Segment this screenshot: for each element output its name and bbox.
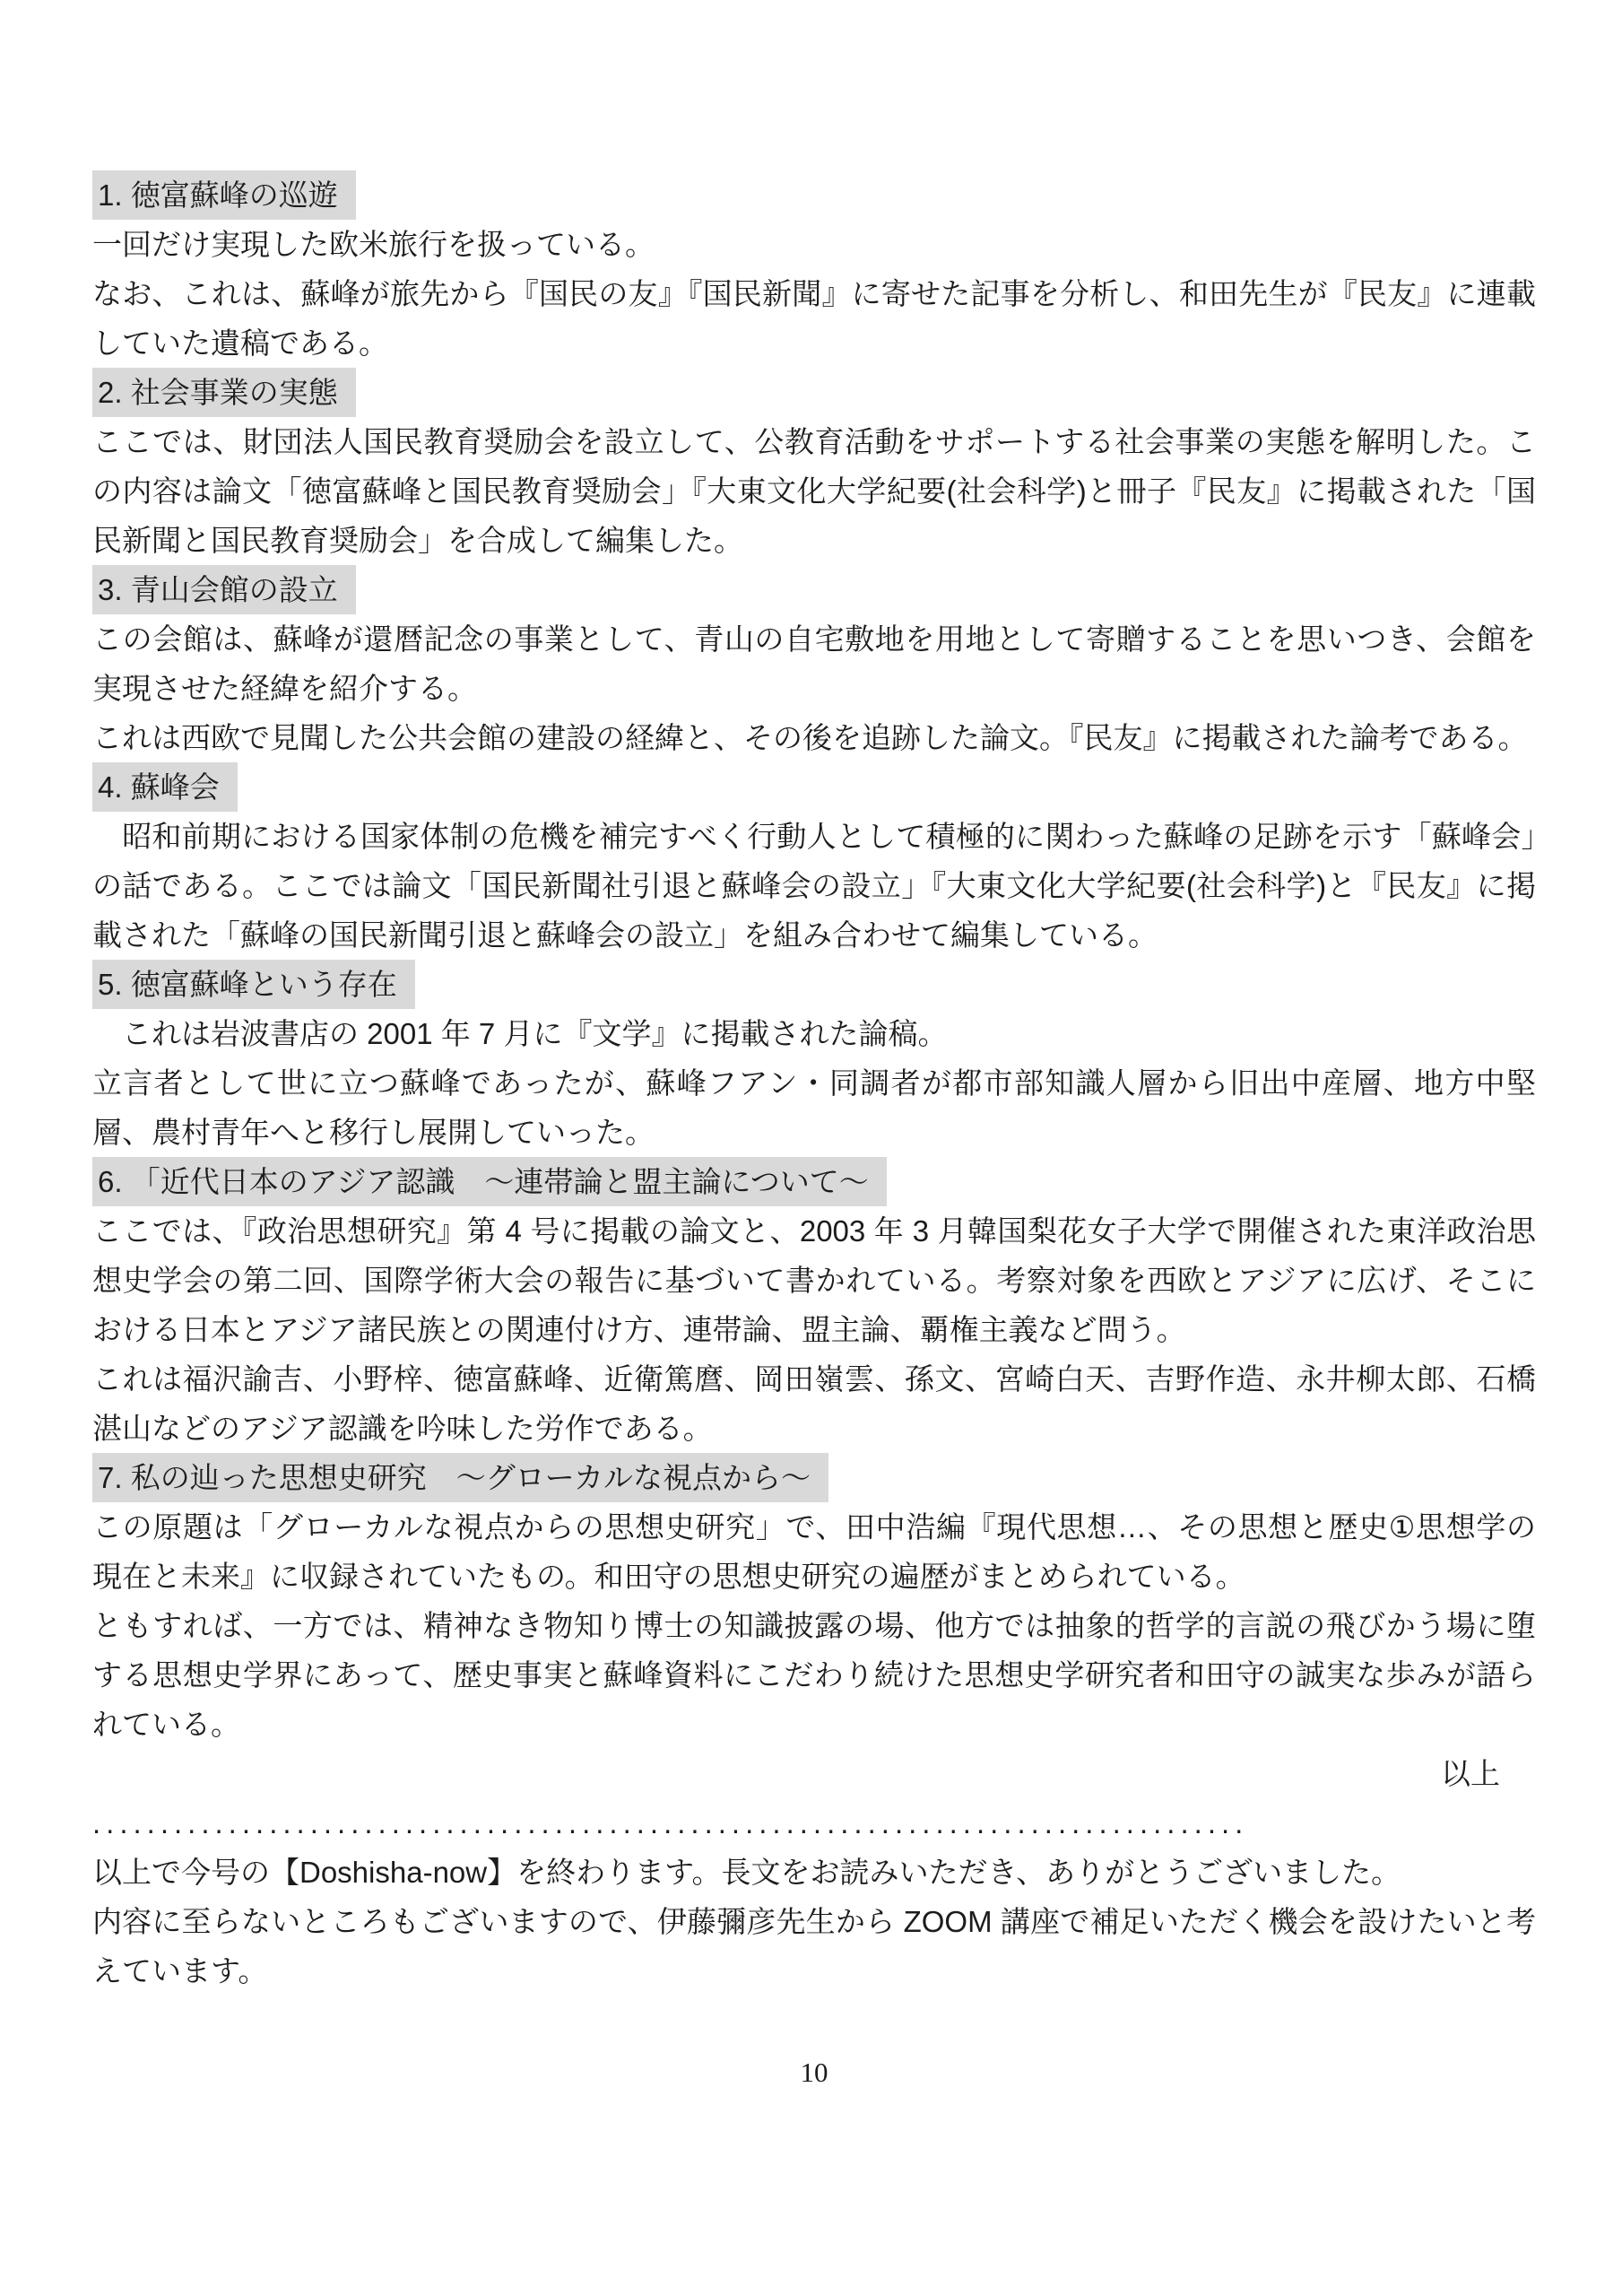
- section-heading: 5. 徳富蘇峰という存在: [92, 960, 415, 1009]
- section-heading: 7. 私の辿った思想史研究 ～グローカルな視点から～: [92, 1453, 828, 1502]
- paragraph: この会館は、蘇峰が還暦記念の事業として、青山の自宅敷地を用地として寄贈することを…: [92, 614, 1536, 713]
- dotted-separator: ........................................…: [92, 1798, 1536, 1848]
- section-social-work: 2. 社会事業の実態 ここでは、財団法人国民教育奨励会を設立して、公教育活動をサ…: [92, 368, 1536, 565]
- section-heading: 4. 蘇峰会: [92, 762, 238, 812]
- paragraph: 立言者として世に立つ蘇峰であったが、蘇峰フアン・同調者が都市部知識人層から旧出中…: [92, 1058, 1536, 1157]
- section-heading: 6. 「近代日本のアジア認識 ～連帯論と盟主論について～: [92, 1157, 887, 1206]
- paragraph: これは岩波書店の 2001 年 7 月に『文学』に掲載された論稿。: [92, 1009, 1536, 1058]
- closing-mark: 以上: [92, 1749, 1536, 1798]
- paragraph: ここでは、『政治思想研究』第 4 号に掲載の論文と、2003 年 3 月韓国梨花…: [92, 1206, 1536, 1354]
- section-heading: 2. 社会事業の実態: [92, 368, 356, 417]
- section-heading: 1. 徳富蘇峰の巡遊: [92, 170, 356, 220]
- paragraph: 一回だけ実現した欧米旅行を扱っている。: [92, 220, 1536, 269]
- paragraph: ともすれば、一方では、精神なき物知り博士の知識披露の場、他方では抽象的哲学的言説…: [92, 1601, 1536, 1749]
- paragraph: これは西欧で見聞した公共会館の建設の経緯と、その後を追跡した論文。『民友』に掲載…: [92, 713, 1536, 762]
- section-aoyama-hall: 3. 青山会館の設立 この会館は、蘇峰が還暦記念の事業として、青山の自宅敷地を用…: [92, 565, 1536, 762]
- footer-paragraph: 以上で今号の【Doshisha-now】を終わります。長文をお読みいただき、あり…: [92, 1848, 1536, 1897]
- page-number: 10: [92, 2048, 1536, 2097]
- section-tokutomi-soho-existence: 5. 徳富蘇峰という存在 これは岩波書店の 2001 年 7 月に『文学』に掲載…: [92, 960, 1536, 1157]
- section-tokutomi-soho-tour: 1. 徳富蘇峰の巡遊 一回だけ実現した欧米旅行を扱っている。 なお、これは、蘇峰…: [92, 170, 1536, 368]
- paragraph: 昭和前期における国家体制の危機を補完すべく行動人として積極的に関わった蘇峰の足跡…: [92, 812, 1536, 960]
- section-sohokai: 4. 蘇峰会 昭和前期における国家体制の危機を補完すべく行動人として積極的に関わ…: [92, 762, 1536, 960]
- paragraph: これは福沢諭吉、小野梓、徳富蘇峰、近衛篤麿、岡田嶺雲、孫文、宮崎白天、吉野作造、…: [92, 1354, 1536, 1453]
- paragraph: この原題は「グローカルな視点からの思想史研究」で、田中浩編『現代思想…、その思想…: [92, 1502, 1536, 1601]
- document-page: 1. 徳富蘇峰の巡遊 一回だけ実現した欧米旅行を扱っている。 なお、これは、蘇峰…: [0, 0, 1622, 2296]
- section-asia-recognition: 6. 「近代日本のアジア認識 ～連帯論と盟主論について～ ここでは、『政治思想研…: [92, 1157, 1536, 1453]
- footer-paragraph: 内容に至らないところもございますので、伊藤彌彦先生から ZOOM 講座で補足いた…: [92, 1897, 1536, 1996]
- section-glocal-history: 7. 私の辿った思想史研究 ～グローカルな視点から～ この原題は「グローカルな視…: [92, 1453, 1536, 1749]
- paragraph: なお、これは、蘇峰が旅先から『国民の友』『国民新聞』に寄せた記事を分析し、和田先…: [92, 269, 1536, 368]
- section-heading: 3. 青山会館の設立: [92, 565, 356, 614]
- paragraph: ここでは、財団法人国民教育奨励会を設立して、公教育活動をサポートする社会事業の実…: [92, 417, 1536, 565]
